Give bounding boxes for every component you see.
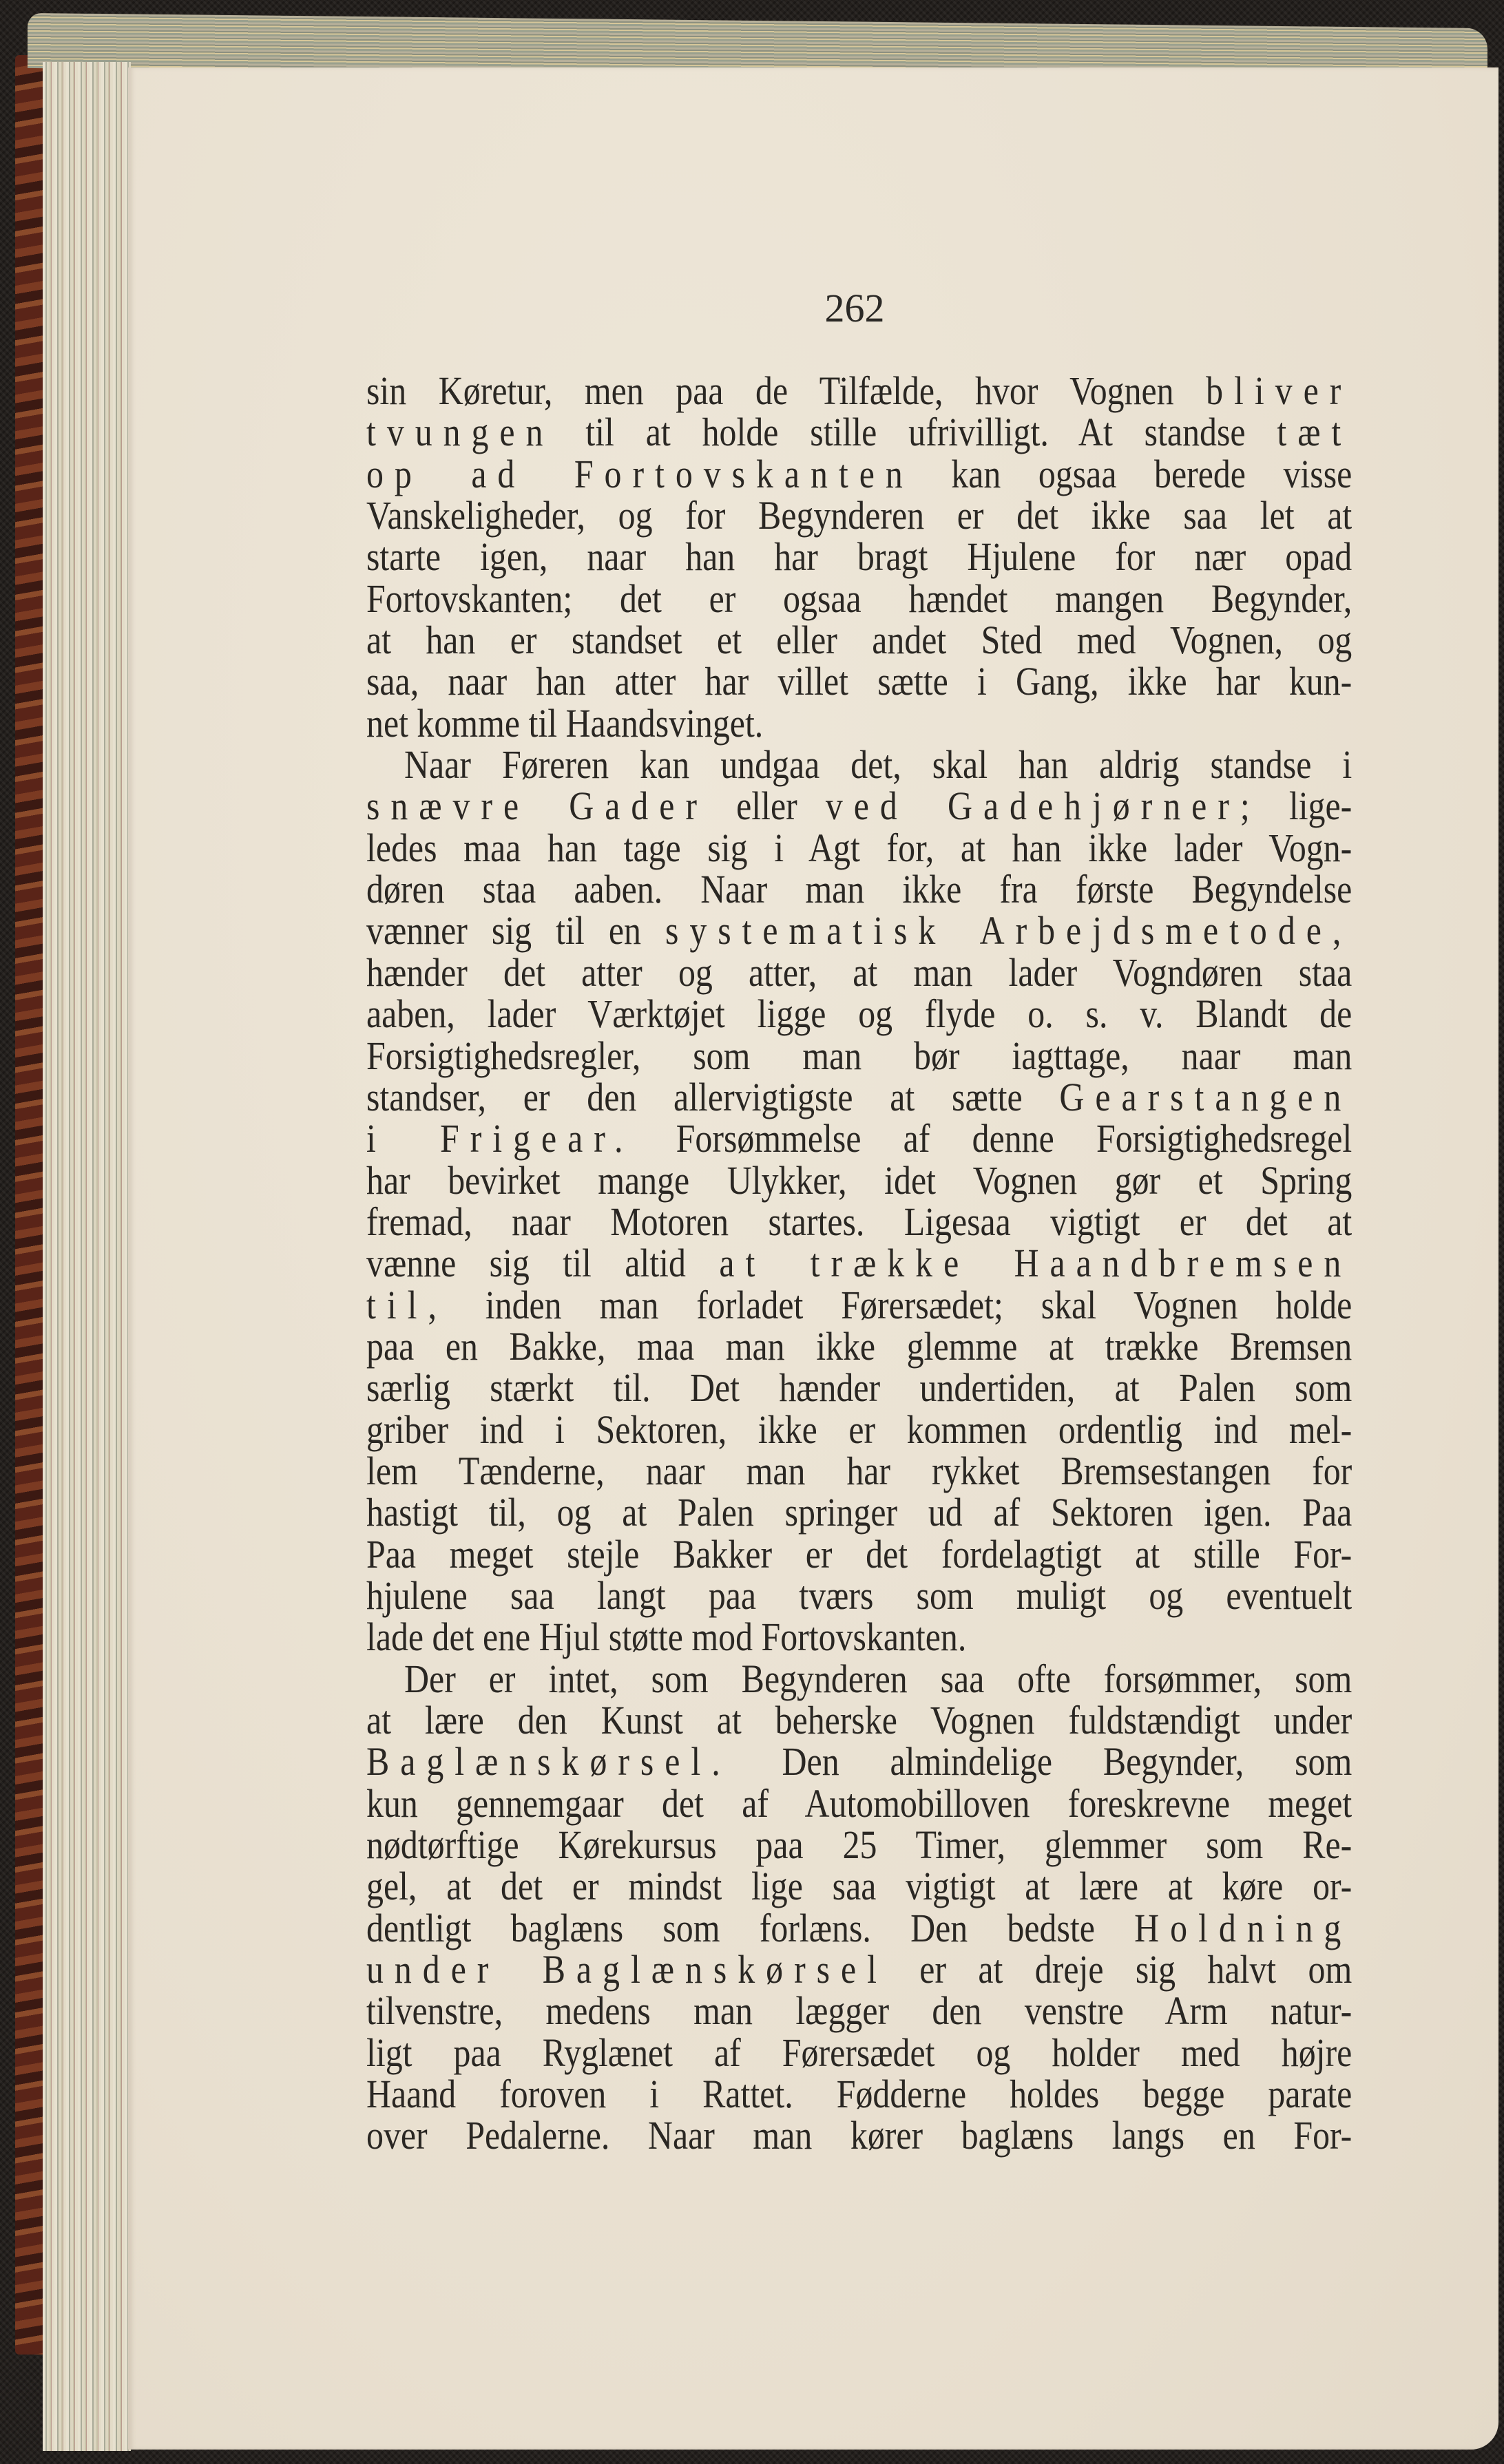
text-run: dentligt baglæns som forlæns. Den bedste (366, 1906, 1134, 1950)
text-line: gel, at det er mindst lige saa vigtigt a… (366, 1866, 1352, 1907)
text-run: eller (708, 783, 826, 828)
text-line: nødtørftige Kørekursus paa 25 Timer, gle… (366, 1824, 1352, 1866)
text-line: starte igen, naar han har bragt Hjulene … (366, 536, 1352, 578)
spaced-emphasis: tæt (1277, 410, 1352, 454)
text-run: hastigt til, og at Palen springer ud af … (366, 1490, 1352, 1535)
text-line: Naar Føreren kan undgaa det, skal han al… (366, 744, 1352, 786)
text-run: at lære den Kunst at beherske Vognen ful… (366, 1698, 1352, 1742)
text-line: saa, naar han atter har villet sætte i G… (366, 661, 1352, 702)
text-run: vænne sig til altid (366, 1241, 719, 1285)
text-line: over Pedalerne. Naar man kører baglæns l… (366, 2115, 1352, 2156)
text-run: gel, at det er mindst lige saa vigtigt a… (366, 1864, 1352, 1908)
text-line: kun gennemgaar det af Automobilloven for… (366, 1783, 1352, 1824)
text-line: op ad Fortovskanten kan ogsaa berede vis… (366, 454, 1352, 495)
text-line: vænne sig til altid at trække Haandbrems… (366, 1243, 1352, 1284)
text-run: standser, er den allervigtigste at sætte (366, 1075, 1059, 1119)
text-run: Naar Føreren kan undgaa det, skal han al… (404, 742, 1352, 787)
book-marbled-edge (15, 55, 45, 2355)
text-run: Haand foroven i Rattet. Fødderne holdes … (366, 2072, 1352, 2116)
body-text: sin Køretur, men paa de Tilfælde, hvor V… (366, 370, 1352, 2157)
text-run: Paa meget stejle Bakker er det fordelagt… (366, 1532, 1352, 1577)
text-run: tilvenstre, medens man lægger den venstr… (366, 1988, 1352, 2033)
text-line: paa en Bakke, maa man ikke glemme at træ… (366, 1326, 1352, 1367)
page-number: 262 (169, 285, 1504, 331)
text-line: Der er intet, som Begynderen saa ofte fo… (366, 1659, 1352, 1700)
text-run: sin Køretur, men paa de Tilfælde, hvor V… (366, 368, 1206, 413)
text-run: saa, naar han atter har villet sætte i G… (366, 659, 1352, 704)
text-line: ledes maa han tage sig i Agt for, at han… (366, 828, 1352, 869)
text-run: over Pedalerne. Naar man kører baglæns l… (366, 2113, 1352, 2158)
text-run: ledes maa han tage sig i Agt for, at han… (366, 825, 1352, 870)
text-line: til, inden man forladet Førersædet; skal… (366, 1285, 1352, 1326)
text-line: aaben, lader Værktøjet ligge og flyde o.… (366, 993, 1352, 1035)
text-run: har bevirket mange Ulykker, idet Vognen … (366, 1158, 1352, 1203)
book-page: 262 sin Køretur, men paa de Tilfælde, hv… (128, 67, 1498, 2450)
text-run: nødtørftige Kørekursus paa 25 Timer, gle… (366, 1822, 1352, 1867)
text-run: hjulene saa langt paa tværs som muligt o… (366, 1573, 1352, 1618)
text-run: aaben, lader Værktøjet ligge og flyde o.… (366, 991, 1352, 1036)
spaced-emphasis: systematisk Arbejdsmetode, (665, 908, 1352, 953)
spaced-emphasis: under Baglænskørsel (366, 1947, 888, 1992)
text-line: Baglænskørsel. Den almindelige Begynder,… (366, 1741, 1352, 1782)
text-run: kun gennemgaar det af Automobilloven for… (366, 1781, 1352, 1826)
text-run: starte igen, naar han har bragt Hjulene … (366, 534, 1352, 579)
text-line: Paa meget stejle Bakker er det fordelagt… (366, 1534, 1352, 1575)
spaced-emphasis: bliver (1206, 368, 1352, 413)
text-run: Vanskeligheder, og for Begynderen er det… (366, 493, 1352, 538)
spaced-emphasis: Gearstangen (1059, 1075, 1352, 1119)
text-run: døren staa aaben. Naar man ikke fra førs… (366, 867, 1352, 912)
text-line: dentligt baglæns som forlæns. Den bedste… (366, 1908, 1352, 1949)
text-run: ligt paa Ryglænet af Førersædet og holde… (366, 2030, 1352, 2075)
text-run: kan ogsaa berede visse (914, 452, 1352, 496)
text-line: ligt paa Ryglænet af Førersædet og holde… (366, 2032, 1352, 2074)
page-stack-left-edge (43, 62, 131, 2451)
text-run: griber ind i Sektoren, ikke er kommen or… (366, 1407, 1352, 1452)
spaced-emphasis: tvungen (366, 410, 554, 454)
spaced-emphasis: i Frigear. (366, 1116, 634, 1161)
spaced-emphasis: at trække Haandbremsen (719, 1241, 1352, 1285)
text-line: at han er standset et eller andet Sted m… (366, 620, 1352, 661)
text-run: lade det ene Hjul støtte mod Fortovskant… (366, 1614, 966, 1659)
text-line: sin Køretur, men paa de Tilfælde, hvor V… (366, 370, 1352, 412)
text-run: til at holde stille ufrivilligt. At stan… (554, 410, 1277, 454)
text-line: lade det ene Hjul støtte mod Fortovskant… (366, 1617, 1352, 1658)
text-run: hænder det atter og atter, at man lader … (366, 950, 1352, 995)
text-run: inden man forladet Førersædet; skal Vogn… (448, 1283, 1352, 1327)
text-line: særlig stærkt til. Det hænder undertiden… (366, 1367, 1352, 1409)
text-line: hastigt til, og at Palen springer ud af … (366, 1492, 1352, 1533)
text-run: Forsømmelse af denne Forsigtighedsregel (634, 1116, 1352, 1161)
text-line: lem Tænderne, naar man har rykket Bremse… (366, 1451, 1352, 1492)
text-run: Fortovskanten; det er ogsaa hændet mange… (366, 576, 1352, 621)
text-line: Vanskeligheder, og for Begynderen er det… (366, 495, 1352, 536)
text-line: griber ind i Sektoren, ikke er kommen or… (366, 1409, 1352, 1451)
text-line: har bevirket mange Ulykker, idet Vognen … (366, 1160, 1352, 1201)
text-run: net komme til Haandsvinget. (366, 701, 763, 746)
spaced-emphasis: snævre Gader (366, 783, 708, 828)
text-run: særlig stærkt til. Det hænder undertiden… (366, 1365, 1352, 1410)
text-run: paa en Bakke, maa man ikke glemme at træ… (366, 1324, 1352, 1369)
text-run: vænner sig til en (366, 908, 665, 953)
text-line: net komme til Haandsvinget. (366, 703, 1352, 744)
text-line: at lære den Kunst at beherske Vognen ful… (366, 1700, 1352, 1741)
text-run: lem Tænderne, naar man har rykket Bremse… (366, 1449, 1352, 1493)
spaced-emphasis: til, (366, 1283, 448, 1327)
text-line: standser, er den allervigtigste at sætte… (366, 1077, 1352, 1118)
text-run: fremad, naar Motoren startes. Ligesaa vi… (366, 1199, 1352, 1244)
paragraph: Der er intet, som Begynderen saa ofte fo… (366, 1659, 1352, 2157)
text-run: lige- (1261, 783, 1352, 828)
text-line: under Baglænskørsel er at dreje sig halv… (366, 1949, 1352, 1990)
text-run: Forsigtighedsregler, som man bør iagttag… (366, 1033, 1352, 1078)
spaced-emphasis: Holdning (1134, 1906, 1352, 1950)
text-line: Haand foroven i Rattet. Fødderne holdes … (366, 2074, 1352, 2115)
text-run: er at dreje sig halvt om (888, 1947, 1352, 1992)
paragraph: Naar Føreren kan undgaa det, skal han al… (366, 744, 1352, 1659)
text-line: vænner sig til en systematisk Arbejdsmet… (366, 910, 1352, 951)
text-line: Fortovskanten; det er ogsaa hændet mange… (366, 578, 1352, 620)
text-line: tilvenstre, medens man lægger den venstr… (366, 1990, 1352, 2032)
spaced-emphasis: op ad Fortovskanten (366, 452, 914, 496)
text-line: Forsigtighedsregler, som man bør iagttag… (366, 1035, 1352, 1077)
text-line: hjulene saa langt paa tværs som muligt o… (366, 1575, 1352, 1617)
paragraph: sin Køretur, men paa de Tilfælde, hvor V… (366, 370, 1352, 744)
text-line: hænder det atter og atter, at man lader … (366, 952, 1352, 993)
text-line: tvungen til at holde stille ufrivilligt.… (366, 412, 1352, 453)
text-line: fremad, naar Motoren startes. Ligesaa vi… (366, 1201, 1352, 1243)
text-run: at han er standset et eller andet Sted m… (366, 618, 1352, 662)
text-line: døren staa aaben. Naar man ikke fra førs… (366, 869, 1352, 910)
text-run: Der er intet, som Begynderen saa ofte fo… (404, 1656, 1352, 1701)
spaced-emphasis: Baglænskørsel. (366, 1739, 731, 1784)
text-run: Den almindelige Begynder, som (731, 1739, 1352, 1784)
text-line: snævre Gader eller ved Gadehjørner; lige… (366, 786, 1352, 827)
text-line: i Frigear. Forsømmelse af denne Forsigti… (366, 1118, 1352, 1159)
spaced-emphasis: ved Gadehjørner; (826, 783, 1261, 828)
